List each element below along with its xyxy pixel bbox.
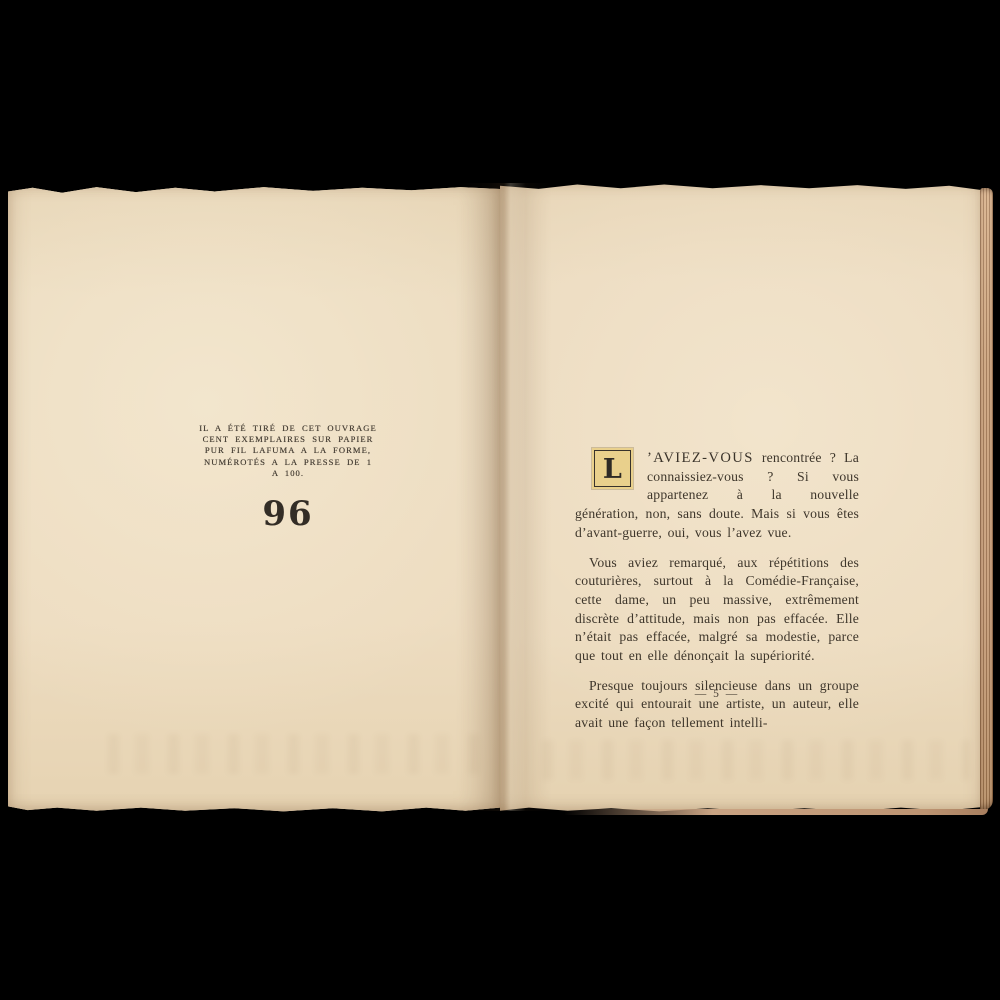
limitation-notice: IL A ÉTÉ TIRÉ DE CET OUVRAGE CENT EXEMPL… <box>198 423 378 479</box>
limitation-line: NUMÉROTÉS A LA PRESSE DE 1 A 100. <box>198 457 378 479</box>
paragraph: Presque toujours silencieuse dans un gro… <box>575 677 859 733</box>
paragraph: Vous aviez remarqué, aux répétitions des… <box>575 554 859 666</box>
open-book: IL A ÉTÉ TIRÉ DE CET OUVRAGE CENT EXEMPL… <box>8 178 993 816</box>
limitation-line: IL A ÉTÉ TIRÉ DE CET OUVRAGE <box>198 423 378 434</box>
drop-cap-box: L <box>592 448 633 489</box>
page-number: — 5 — <box>575 688 859 700</box>
fore-edge-page-stack <box>980 188 993 810</box>
photo-background: { "book": { "left_page": { "limitation_l… <box>0 0 1000 1000</box>
paragraph-first: L’AVIEZ-VOUS rencontrée ? La connaissiez… <box>575 449 859 543</box>
copy-number: 96 <box>198 494 378 534</box>
limitation-line: CENT EXEMPLAIRES SUR PAPIER <box>198 434 378 445</box>
bottom-page-stack <box>564 809 988 815</box>
limitation-line: PUR FIL LAFUMA A LA FORME, <box>198 445 378 456</box>
paragraph-lead-caps: ’AVIEZ-VOUS <box>647 450 754 466</box>
drop-cap-letter: L <box>594 450 631 487</box>
